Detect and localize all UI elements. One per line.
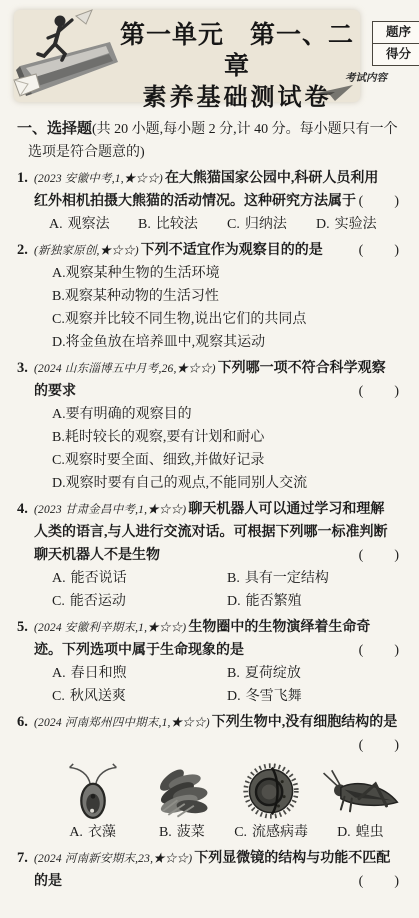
question-source: (2024 山东淄博五中月考,26,★☆☆) (34, 363, 216, 375)
question-source: (2024 河南郑州四中期末,1,★☆☆) (34, 717, 210, 729)
score-row-question-number: 题序 (373, 22, 419, 43)
question-number: 3. (17, 357, 28, 380)
answer-blank: ( ) (359, 544, 400, 567)
option-text: 耗时较长的观察,要有计划和耐心 (65, 430, 265, 445)
option-item: D.能否繁殖 (227, 590, 302, 613)
option-item: C.能否运动 (52, 590, 227, 613)
exam-content-caption: 考试内容 (345, 70, 419, 85)
question-5: 5. (2024 安徽利辛期末,1,★☆☆)生物圈中的生物演绎着生命奇 迹。下列… (17, 616, 405, 708)
question-6: 6. (2024 河南郑州四中期末,1,★☆☆)下列生物中,没有细胞结构的是 (… (17, 711, 405, 844)
answer-blank: ( ) (359, 639, 400, 662)
question-source: (2024 安徽利辛期末,1,★☆☆) (34, 622, 186, 634)
option-text: 观察时要有自己的观点,不能同别人交流 (66, 476, 308, 491)
organism-label: C.流感病毒 (227, 821, 316, 844)
option-item: A.要有明确的观察目的 (52, 403, 405, 426)
option-item: C.归纳法 (227, 213, 316, 236)
option-text: 能否说话 (71, 571, 127, 586)
option-item: B.比较法 (138, 213, 227, 236)
option-text: 观察某种动物的生活习性 (65, 289, 219, 304)
test-paper-page: 第一单元 第一、二章 素养基础测试卷 题序 得分 考试内容 一、选择题(共 20… (0, 0, 419, 918)
option-text: 观察某种生物的生活环境 (66, 266, 220, 281)
option-text: 衣藻 (88, 825, 116, 840)
option-item: B.夏荷绽放 (227, 662, 301, 685)
influenza-virus-image (241, 761, 301, 821)
option-text: 蝗虫 (356, 825, 384, 840)
question-source: (新独家原创,★☆☆) (34, 245, 139, 257)
page-title-line1: 第一单元 第一、二章 (116, 20, 358, 82)
option-text: 流感病毒 (252, 825, 308, 840)
question-stem: 生物圈中的生物演绎着生命奇 (188, 620, 370, 635)
answer-blank: ( ) (359, 734, 400, 757)
organism-label: B.菠菜 (137, 821, 226, 844)
option-text: 菠菜 (177, 825, 205, 840)
organism-label: A.衣藻 (48, 821, 137, 844)
section-heading: 一、选择题(共 20 小题,每小题 2 分,计 40 分。每小题只有一个 (17, 118, 405, 141)
question-stem: 下列生物中,没有细胞结构的是 (212, 715, 398, 730)
option-text: 归纳法 (245, 217, 287, 232)
option-item: C.秋风送爽 (52, 685, 227, 708)
option-item: A.观察某种生物的生活环境 (52, 262, 405, 285)
option-text: 夏荷绽放 (245, 666, 301, 681)
section-label: 一、选择题 (17, 121, 92, 137)
option-item: A.春日和煦 (52, 662, 227, 685)
question-3: 3. (2024 山东淄博五中月考,26,★☆☆)下列哪一项不符合科学观察 的要… (17, 357, 405, 495)
question-stem: 下列不适宜作为观察目的的是 (141, 243, 323, 258)
option-text: 观察时要全面、细致,并做好记录 (65, 453, 265, 468)
question-source: (2023 安徽中考,1,★☆☆) (34, 173, 163, 185)
question-number: 6. (17, 711, 28, 734)
organism-label: D.蝗虫 (316, 821, 405, 844)
option-text: 能否运动 (70, 594, 126, 609)
option-text: 观察并比较不同生物,说出它们的共同点 (65, 312, 307, 327)
question-2: 2. (新独家原创,★☆☆)下列不适宜作为观察目的的是 ( ) A.观察某种生物… (17, 239, 405, 354)
option-item: C.观察时要全面、细致,并做好记录 (52, 449, 405, 472)
option-item: B.观察某种动物的生活习性 (52, 285, 405, 308)
question-source: (2023 甘肃金昌中考,1,★☆☆) (34, 504, 186, 516)
answer-blank: ( ) (359, 190, 400, 213)
organism-images-row (48, 757, 405, 821)
option-text: 观察法 (68, 217, 110, 232)
question-4: 4. (2023 甘肃金昌中考,1,★☆☆)聊天机器人可以通过学习和理解 人类的… (17, 498, 405, 613)
option-text: 实验法 (335, 217, 377, 232)
option-item: D.实验法 (316, 213, 405, 236)
option-item: B.具有一定结构 (227, 567, 329, 590)
option-text: 将金鱼放在培养皿中,观察其运动 (66, 335, 266, 350)
option-item: D.冬雪飞舞 (227, 685, 302, 708)
question-area: 一、选择题(共 20 小题,每小题 2 分,计 40 分。每小题只有一个 选项是… (17, 118, 405, 893)
page-header: 第一单元 第一、二章 素养基础测试卷 (8, 6, 360, 108)
answer-blank: ( ) (359, 380, 400, 403)
section-instructions: (共 20 小题,每小题 2 分,计 40 分。每小题只有一个 (92, 122, 398, 137)
question-number: 5. (17, 616, 28, 639)
option-text: 能否繁殖 (246, 594, 302, 609)
option-item: D.观察时要有自己的观点,不能同别人交流 (52, 472, 405, 495)
option-text: 春日和煦 (71, 666, 127, 681)
score-table: 题序 得分 (372, 21, 419, 66)
spinach-image (150, 763, 214, 821)
option-text: 具有一定结构 (245, 571, 329, 586)
option-text: 冬雪飞舞 (246, 689, 302, 704)
question-stem: 下列显微镜的结构与功能不匹配 (194, 851, 390, 866)
answer-blank: ( ) (359, 239, 400, 262)
option-item: A.观察法 (49, 213, 138, 236)
question-7: 7. (2024 河南新安期末,23,★☆☆)下列显微镜的结构与功能不匹配 的是… (17, 847, 405, 893)
question-number: 7. (17, 847, 28, 870)
question-source: (2024 河南新安期末,23,★☆☆) (34, 853, 192, 865)
chlamydomonas-image (66, 759, 120, 821)
question-stem: 聊天机器人可以通过学习和理解 (188, 502, 384, 517)
option-item: B.耗时较长的观察,要有计划和耐心 (52, 426, 405, 449)
option-item: C.观察并比较不同生物,说出它们的共同点 (52, 308, 405, 331)
option-item: A.能否说话 (52, 567, 227, 590)
option-item: D.将金鱼放在培养皿中,观察其运动 (52, 331, 405, 354)
question-number: 1. (17, 167, 28, 190)
question-stem: 下列哪一项不符合科学观察 (218, 361, 386, 376)
option-text: 要有明确的观察目的 (66, 407, 192, 422)
question-1: 1. (2023 安徽中考,1,★☆☆)在大熊猫国家公园中,科研人员利用 红外相… (17, 167, 405, 236)
locust-image (319, 767, 401, 821)
question-number: 4. (17, 498, 28, 521)
answer-blank: ( ) (359, 870, 400, 893)
section-heading-line2: 选项是符合题意的) (28, 141, 405, 164)
question-number: 2. (17, 239, 28, 262)
runner-logo-icon (10, 8, 122, 106)
question-stem: 在大熊猫国家公园中,科研人员利用 (165, 171, 379, 186)
option-text: 比较法 (156, 217, 198, 232)
paper-plane-icon (316, 82, 356, 104)
score-row-score: 得分 (373, 43, 419, 65)
option-text: 秋风送爽 (70, 689, 126, 704)
